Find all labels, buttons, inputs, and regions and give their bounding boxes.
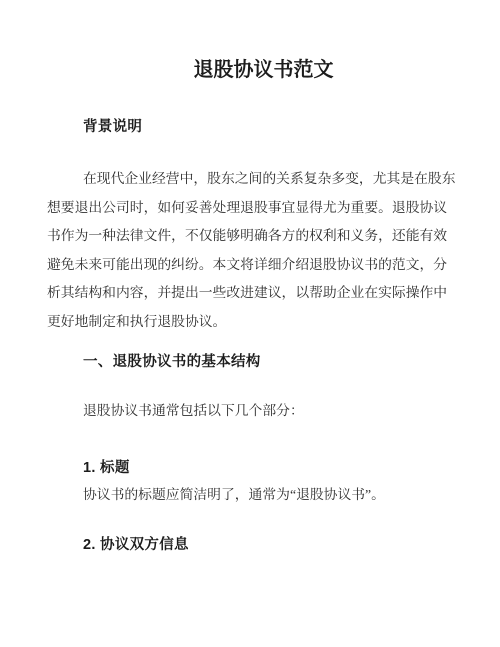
paragraph-line: 避免未来可能出现的纠纷。本文将详细介绍退股协议书的范文，分 bbox=[47, 251, 447, 280]
paragraph-line: 在现代企业经营中，股东之间的关系复杂多变，尤其是在股东 bbox=[47, 165, 447, 194]
paragraph-line: 想要退出公司时，如何妥善处理退股事宜显得尤为重要。退股协议 bbox=[47, 194, 447, 223]
paragraph-item1-title: 协议书的标题应简洁明了，通常为“退股协议书”。 bbox=[47, 481, 447, 510]
heading-item2-parties-info: 2. 协议双方信息 bbox=[47, 535, 447, 555]
paragraph-background: 在现代企业经营中，股东之间的关系复杂多变，尤其是在股东 想要退出公司时，如何妥善… bbox=[47, 165, 447, 336]
paragraph-section1-intro: 退股协议书通常包括以下几个部分： bbox=[47, 397, 447, 426]
document-title: 退股协议书范文 bbox=[47, 56, 447, 84]
heading-section1-structure: 一、退股协议书的基本结构 bbox=[47, 352, 447, 372]
heading-background: 背景说明 bbox=[47, 117, 447, 137]
heading-item1-title: 1. 标题 bbox=[47, 458, 447, 478]
paragraph-line: 更好地制定和执行退股协议。 bbox=[47, 308, 447, 337]
document-page: 退股协议书范文 背景说明 在现代企业经营中，股东之间的关系复杂多变，尤其是在股东… bbox=[0, 0, 500, 647]
paragraph-line: 书作为一种法律文件，不仅能够明确各方的权利和义务，还能有效 bbox=[47, 222, 447, 251]
paragraph-line: 析其结构和内容，并提出一些改进建议，以帮助企业在实际操作中 bbox=[47, 279, 447, 308]
